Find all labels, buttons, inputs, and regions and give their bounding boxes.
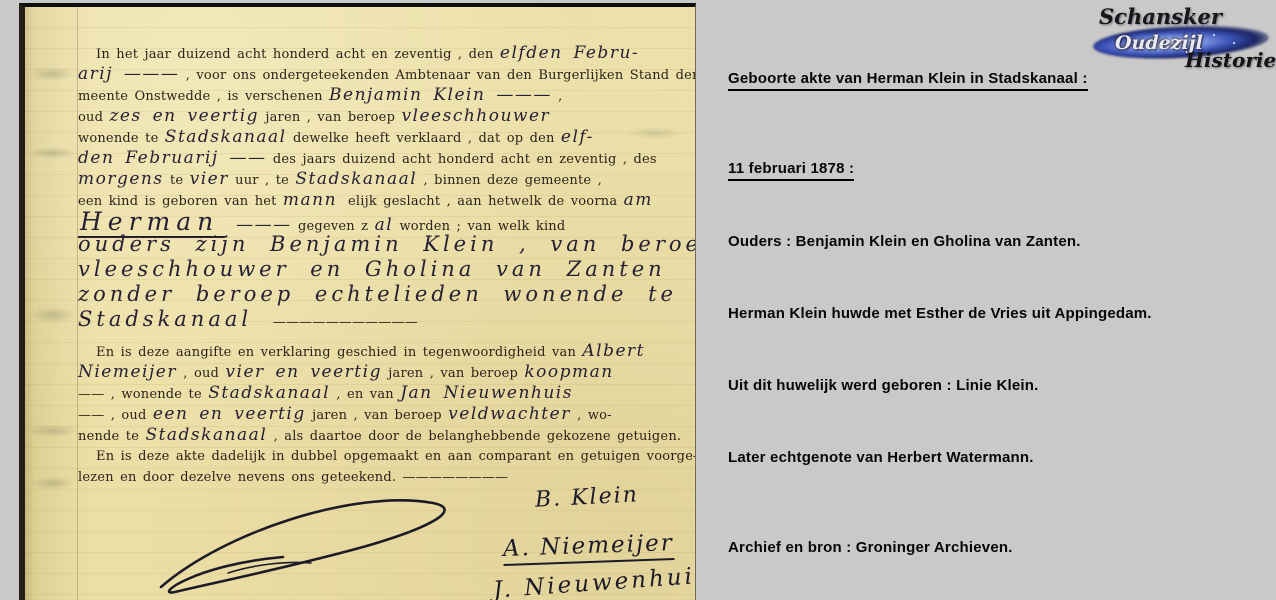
handwritten-text: Albert — [582, 341, 645, 361]
handwritten-text: zonder beroep echtelieden wonende te —— — [78, 282, 696, 306]
document-lines: In het jaar duizend acht honderd acht en… — [78, 43, 690, 488]
handwritten-text: een en veertig — [153, 404, 306, 424]
caption-source-text: Archief en bron : Groninger Archieven. — [728, 539, 1013, 556]
document-line: oud zes en veertig jaren , van beroep vl… — [78, 106, 690, 127]
handwritten-text: veldwachter — [448, 404, 571, 424]
bleedthrough-smudge — [31, 477, 75, 489]
printed-text: meente Onstwedde , is verschenen — [78, 89, 329, 104]
handwritten-text: vier — [190, 169, 229, 189]
printed-text: , oud — [177, 366, 225, 381]
caption-later-spouse-text: Later echtgenote van Herbert Watermann. — [728, 449, 1034, 466]
printed-text: En is deze akte dadelijk in dubbel opgem… — [96, 449, 696, 464]
document-line: —— , wonende te Stadskanaal , en van Jan… — [78, 383, 690, 404]
printed-text: wonende te — [78, 131, 165, 146]
printed-text: lezen en door dezelve nevens ons geteeke… — [78, 470, 508, 485]
caption-marriage-text: Herman Klein huwde met Esther de Vries u… — [728, 305, 1152, 322]
printed-text: jaren , van beroep — [259, 110, 401, 125]
handwritten-text: morgens — [78, 169, 164, 189]
printed-text: nende te — [78, 429, 145, 444]
caption-marriage: Herman Klein huwde met Esther de Vries u… — [728, 305, 1152, 322]
document-line: morgens te vier uur , te Stadskanaal , b… — [78, 169, 690, 190]
printed-text: , voor ons ondergeteekenden Ambtenaar va… — [179, 68, 696, 83]
site-logo: Schansker Oudezijl Historie — [1093, 4, 1275, 76]
printed-text: elijk geslacht , aan hetwelk de voorna — [348, 194, 624, 209]
document-line: nende te Stadskanaal , als daartoe door … — [78, 425, 690, 446]
page-background: In het jaar duizend acht honderd acht en… — [0, 0, 1276, 600]
logo-text-historie: Historie — [1185, 48, 1276, 72]
handwritten-text: Stadskanaal — [208, 383, 330, 403]
handwritten-text: Stadskanaal — [295, 169, 417, 189]
bleedthrough-smudge — [27, 147, 77, 159]
handwritten-text: Stadskanaal — [78, 307, 273, 331]
document-line: En is deze akte dadelijk in dubbel opgem… — [78, 446, 690, 467]
star-dot — [1213, 34, 1215, 36]
bleedthrough-smudge — [29, 67, 75, 81]
handwritten-text: Niemeijer — [78, 362, 177, 382]
handwritten-text: elfden Febru- — [500, 43, 639, 63]
caption-title-text: Geboorte akte van Herman Klein in Stadsk… — [728, 70, 1088, 91]
printed-text: te — [164, 173, 190, 188]
handwritten-text: Stadskanaal — [145, 425, 267, 445]
document-line: wonende te Stadskanaal dewelke heeft ver… — [78, 127, 690, 148]
printed-text: , en van — [330, 387, 400, 402]
caption-source: Archief en bron : Groninger Archieven. — [728, 539, 1013, 556]
handwritten-text: Benjamin Klein ——— — [329, 85, 552, 105]
signature-j-nieuwenhuis: J. Nieuwenhuis — [492, 562, 696, 600]
printed-text: uur , te — [229, 173, 296, 188]
birth-certificate-scan: In het jaar duizend acht honderd acht en… — [19, 3, 696, 600]
document-line: arij ——— , voor ons ondergeteekenden Amb… — [78, 64, 690, 85]
document-line: meente Onstwedde , is verschenen Benjami… — [78, 85, 690, 106]
printed-text: En is deze aangifte en verklaring geschi… — [96, 345, 582, 360]
caption-child-text: Uit dit huwelijk werd geboren : Linie Kl… — [728, 377, 1039, 394]
caption-date: 11 februari 1878 : — [728, 160, 854, 181]
printed-text: jaren , van beroep — [382, 366, 524, 381]
document-line: In het jaar duizend acht honderd acht en… — [78, 43, 690, 64]
signature-a-niemeijer: A. Niemeijer — [503, 530, 675, 566]
document-line: vleeschhouwer en Gholina van Zanten — [78, 257, 690, 282]
handwritten-text: arij ——— — [78, 64, 179, 84]
printed-text: jaren , van beroep — [306, 408, 448, 423]
printed-text: , wo- — [571, 408, 612, 423]
printed-text: ——————————— — [273, 315, 418, 330]
document-line: Niemeijer , oud vier en veertig jaren , … — [78, 362, 690, 383]
star-dot — [1233, 42, 1235, 44]
caption-later-spouse: Later echtgenote van Herbert Watermann. — [728, 449, 1034, 466]
bleedthrough-smudge — [27, 425, 79, 437]
signature-b-klein: B. Klein — [534, 482, 639, 512]
handwritten-text: ouders zijn Benjamin Klein , van beroep — [78, 232, 696, 256]
handwritten-text: vleeschhouwer — [401, 106, 550, 126]
printed-text: , — [552, 89, 563, 104]
bleedthrough-smudge — [29, 307, 77, 323]
document-line: Herman ——— gegeven z al worden ; van wel… — [78, 211, 690, 232]
handwritten-text: vier en veertig — [225, 362, 382, 382]
handwritten-text: Stadskanaal — [165, 127, 287, 147]
document-line: den Februarij —— des jaars duizend acht … — [78, 148, 690, 169]
printed-text: —— , wonende te — [78, 387, 208, 402]
handwritten-text: koopman — [524, 362, 613, 382]
printed-text: , binnen deze gemeente , — [417, 173, 602, 188]
document-line: ouders zijn Benjamin Klein , van beroep — [78, 232, 690, 257]
printed-text: des jaars duizend acht honderd acht en z… — [267, 152, 657, 167]
document-line: En is deze aangifte en verklaring geschi… — [78, 341, 690, 362]
caption-parents-text: Ouders : Benjamin Klein en Gholina van Z… — [728, 233, 1081, 250]
printed-text: dewelke heeft verklaard , dat op den — [287, 131, 561, 146]
printed-text: In het jaar duizend acht honderd acht en… — [96, 47, 500, 62]
caption-parents: Ouders : Benjamin Klein en Gholina van Z… — [728, 233, 1081, 250]
handwritten-text: Jan Nieuwenhuis — [400, 383, 573, 403]
registrar-signature-flourish — [133, 495, 483, 595]
document-line: —— , oud een en veertig jaren , van bero… — [78, 404, 690, 425]
printed-text: —— , oud — [78, 408, 153, 423]
printed-text: , als daartoe door de belanghebbende gek… — [267, 429, 681, 444]
document-line: Stadskanaal ——————————— — [78, 307, 690, 332]
handwritten-text: elf- — [561, 127, 594, 147]
handwritten-text: mann — [283, 190, 348, 210]
caption-title: Geboorte akte van Herman Klein in Stadsk… — [728, 70, 1088, 91]
caption-child: Uit dit huwelijk werd geboren : Linie Kl… — [728, 377, 1039, 394]
handwritten-text: am — [624, 190, 653, 210]
printed-text: oud — [78, 110, 109, 125]
caption-date-text: 11 februari 1878 : — [728, 160, 854, 181]
logo-text-schansker: Schansker — [1099, 4, 1222, 29]
handwritten-text: den Februarij —— — [78, 148, 267, 168]
handwritten-text: zes en veertig — [109, 106, 259, 126]
handwritten-text: vleeschhouwer en Gholina van Zanten — [78, 257, 666, 281]
document-line: zonder beroep echtelieden wonende te —— — [78, 282, 690, 307]
